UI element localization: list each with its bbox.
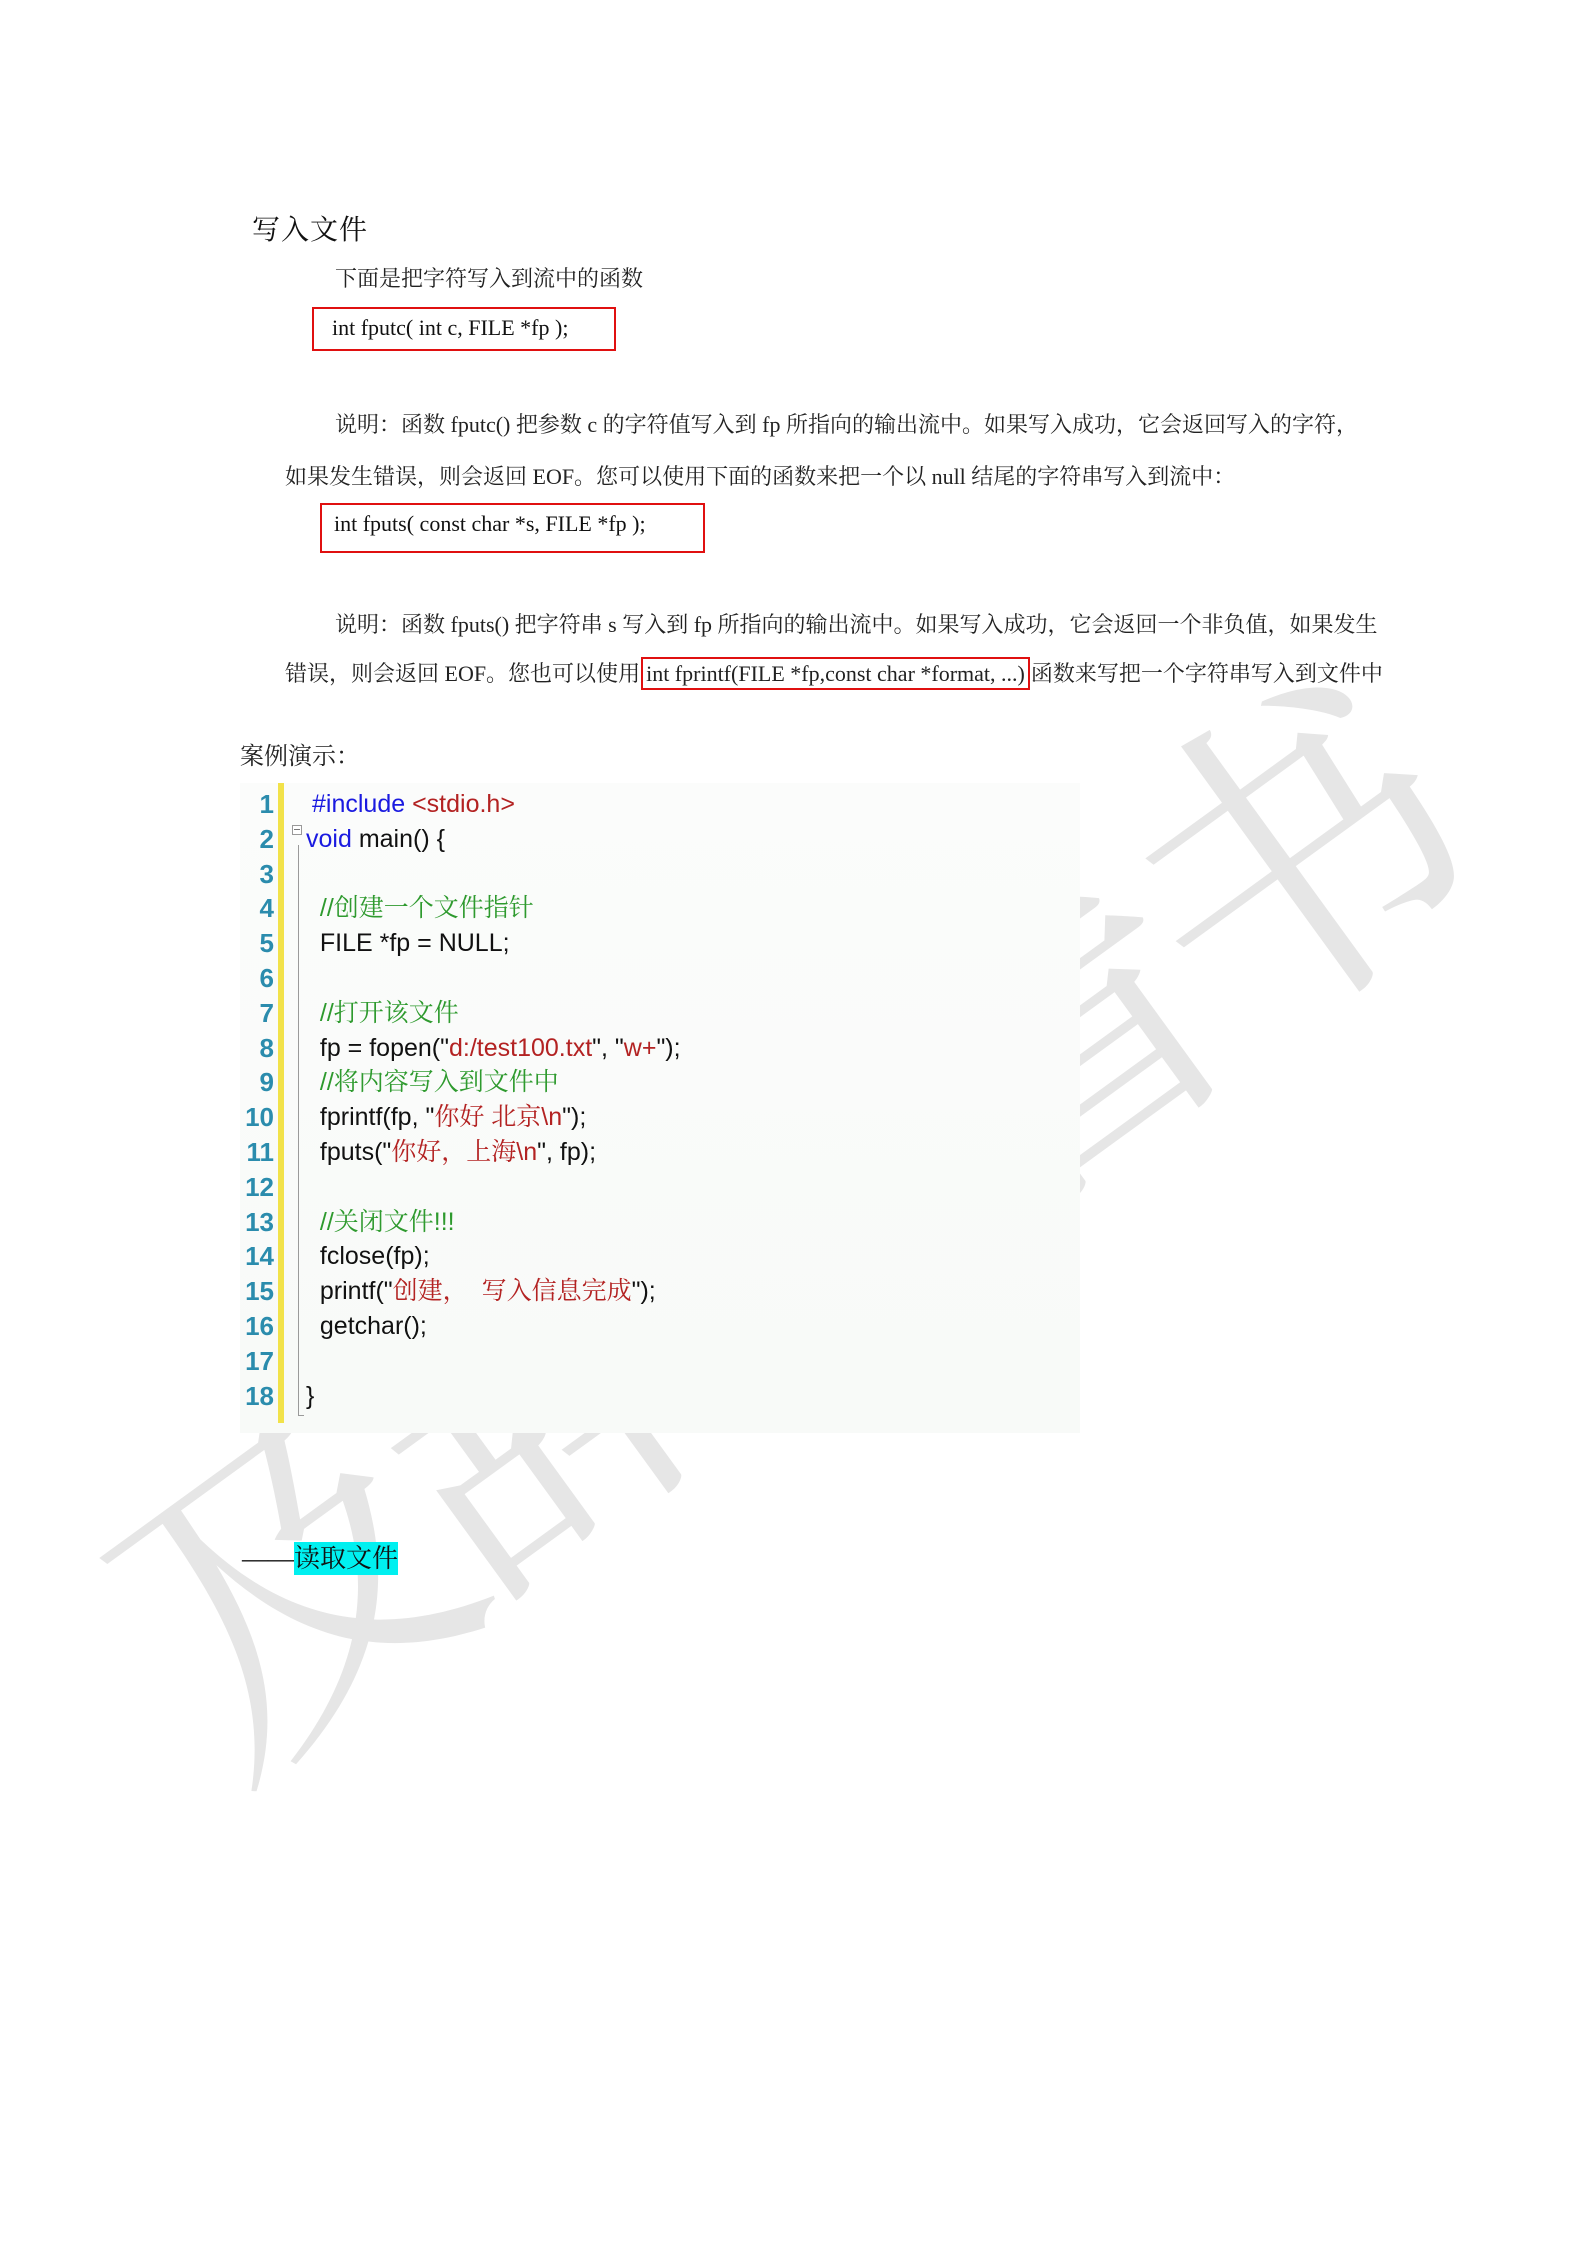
- line-number: 5: [240, 926, 274, 961]
- code-comment: //关闭文件!!!: [306, 1208, 455, 1236]
- code-line: 15 printf("创建， 写入信息完成");: [240, 1274, 1070, 1309]
- code-text: printf("创建， 写入信息完成");: [306, 1274, 656, 1309]
- read-file-title: 读取文件: [294, 1542, 398, 1575]
- code-text: fclose(fp);: [306, 1239, 430, 1274]
- code-token: ", ": [592, 1034, 624, 1062]
- fprintf-signature: int fprintf(FILE *fp,const char *format,…: [646, 661, 1025, 686]
- line-number: 2: [240, 822, 274, 857]
- code-line: 11 fputs("你好，上海\n", fp);: [240, 1135, 1070, 1170]
- line-number: 6: [240, 961, 274, 996]
- code-line: 2void main() {: [240, 822, 1070, 857]
- fputc-signature: int fputc( int c, FILE *fp );: [332, 315, 568, 340]
- fprintf-signature-box: int fprintf(FILE *fp,const char *format,…: [641, 657, 1030, 690]
- code-line: 17: [240, 1344, 1070, 1379]
- line-number: 7: [240, 996, 274, 1031]
- code-comment: //打开该文件: [306, 999, 459, 1027]
- code-text: #include <stdio.h>: [312, 787, 515, 822]
- code-line: 16 getchar();: [240, 1309, 1070, 1344]
- fputc-signature-box: int fputc( int c, FILE *fp );: [312, 307, 616, 351]
- code-comment: //将内容写入到文件中: [306, 1068, 559, 1096]
- code-token: ");: [562, 1103, 586, 1131]
- heading-dash: ——: [242, 1544, 294, 1573]
- code-text: fprintf(fp, "你好 北京\n");: [306, 1100, 586, 1135]
- line-number: 11: [240, 1135, 274, 1170]
- line-number: 12: [240, 1170, 274, 1205]
- code-screenshot: 1#include <stdio.h>2void main() {34 //创建…: [240, 783, 1080, 1433]
- paragraph-fputc-line1: 说明：函数 fputc() 把参数 c 的字符值写入到 fp 所指向的输出流中。…: [335, 414, 1358, 436]
- line-number: 18: [240, 1379, 274, 1414]
- code-token: printf(": [306, 1277, 393, 1305]
- paragraph-fputc-line2: 如果发生错误，则会返回 EOF。您可以使用下面的函数来把一个以 null 结尾的…: [285, 466, 1235, 488]
- intro-text: 下面是把字符写入到流中的函数: [335, 268, 643, 290]
- fputs-signature: int fputs( const char *s, FILE *fp );: [334, 511, 646, 536]
- code-string: 你好，上海\n: [391, 1138, 537, 1166]
- code-token: fputs(": [306, 1138, 391, 1166]
- code-line: 10 fprintf(fp, "你好 北京\n");: [240, 1100, 1070, 1135]
- paragraph-fputs-line2-before: 错误，则会返回 EOF。您也可以使用: [285, 661, 640, 686]
- code-string: <stdio.h>: [412, 790, 515, 818]
- code-string: w+: [624, 1034, 657, 1062]
- code-line: 13 //关闭文件!!!: [240, 1205, 1070, 1240]
- line-number: 13: [240, 1205, 274, 1240]
- code-text: getchar();: [306, 1309, 427, 1344]
- code-text: }: [306, 1379, 314, 1414]
- code-token: getchar();: [306, 1312, 427, 1340]
- fputs-signature-box: int fputs( const char *s, FILE *fp );: [320, 503, 705, 553]
- code-line: 6: [240, 961, 1070, 996]
- code-line: 1#include <stdio.h>: [240, 787, 1070, 822]
- code-token: ", fp);: [537, 1138, 596, 1166]
- code-line: 4 //创建一个文件指针: [240, 891, 1070, 926]
- code-text: fp = fopen("d:/test100.txt", "w+");: [306, 1031, 681, 1066]
- line-number: 1: [240, 787, 274, 822]
- line-number: 4: [240, 891, 274, 926]
- code-text: fputs("你好，上海\n", fp);: [306, 1135, 596, 1170]
- code-text: //关闭文件!!!: [306, 1205, 455, 1240]
- code-line: 9 //将内容写入到文件中: [240, 1065, 1070, 1100]
- line-number: 16: [240, 1309, 274, 1344]
- code-text: //将内容写入到文件中: [306, 1065, 559, 1100]
- code-comment: //创建一个文件指针: [306, 894, 534, 922]
- code-keyword: void: [306, 825, 352, 853]
- section-heading: 写入文件: [252, 208, 368, 248]
- code-text: //创建一个文件指针: [306, 891, 534, 926]
- code-token: main() {: [352, 825, 445, 853]
- line-number: 17: [240, 1344, 274, 1379]
- code-token: ");: [656, 1034, 680, 1062]
- code-line: 3: [240, 857, 1070, 892]
- code-token: fprintf(fp, ": [306, 1103, 434, 1131]
- paragraph-fputs-line2: 错误，则会返回 EOF。您也可以使用int fprintf(FILE *fp,c…: [285, 663, 1383, 685]
- code-string: d:/test100.txt: [449, 1034, 592, 1062]
- line-number: 15: [240, 1274, 274, 1309]
- code-line: 14 fclose(fp);: [240, 1239, 1070, 1274]
- line-number: 8: [240, 1031, 274, 1066]
- code-line: 5 FILE *fp = NULL;: [240, 926, 1070, 961]
- code-token: fclose(fp);: [306, 1242, 430, 1270]
- code-token: ");: [632, 1277, 656, 1305]
- code-line: 18}: [240, 1379, 1070, 1414]
- code-text: FILE *fp = NULL;: [306, 926, 510, 961]
- paragraph-fputs-line1: 说明：函数 fputs() 把字符串 s 写入到 fp 所指向的输出流中。如果写…: [335, 614, 1378, 636]
- line-number: 10: [240, 1100, 274, 1135]
- paragraph-fputs-line2-after: 函数来写把一个字符串写入到文件中: [1031, 661, 1383, 686]
- line-number: 9: [240, 1065, 274, 1100]
- code-token: FILE *fp = NULL;: [306, 929, 510, 957]
- read-file-heading: ——读取文件: [242, 1538, 398, 1575]
- code-line: 8 fp = fopen("d:/test100.txt", "w+");: [240, 1031, 1070, 1066]
- demo-label: 案例演示：: [240, 746, 360, 768]
- line-number: 14: [240, 1239, 274, 1274]
- code-line: 12: [240, 1170, 1070, 1205]
- line-number: 3: [240, 857, 274, 892]
- code-keyword: #include: [312, 790, 412, 818]
- code-token: fp = fopen(": [306, 1034, 449, 1062]
- code-token: }: [306, 1382, 314, 1410]
- code-text: //打开该文件: [306, 996, 459, 1031]
- fold-guide-end: [298, 1415, 304, 1416]
- code-string: 你好 北京\n: [434, 1103, 562, 1131]
- code-line: 7 //打开该文件: [240, 996, 1070, 1031]
- code-text: void main() {: [306, 822, 445, 857]
- code-string: 创建， 写入信息完成: [393, 1277, 632, 1305]
